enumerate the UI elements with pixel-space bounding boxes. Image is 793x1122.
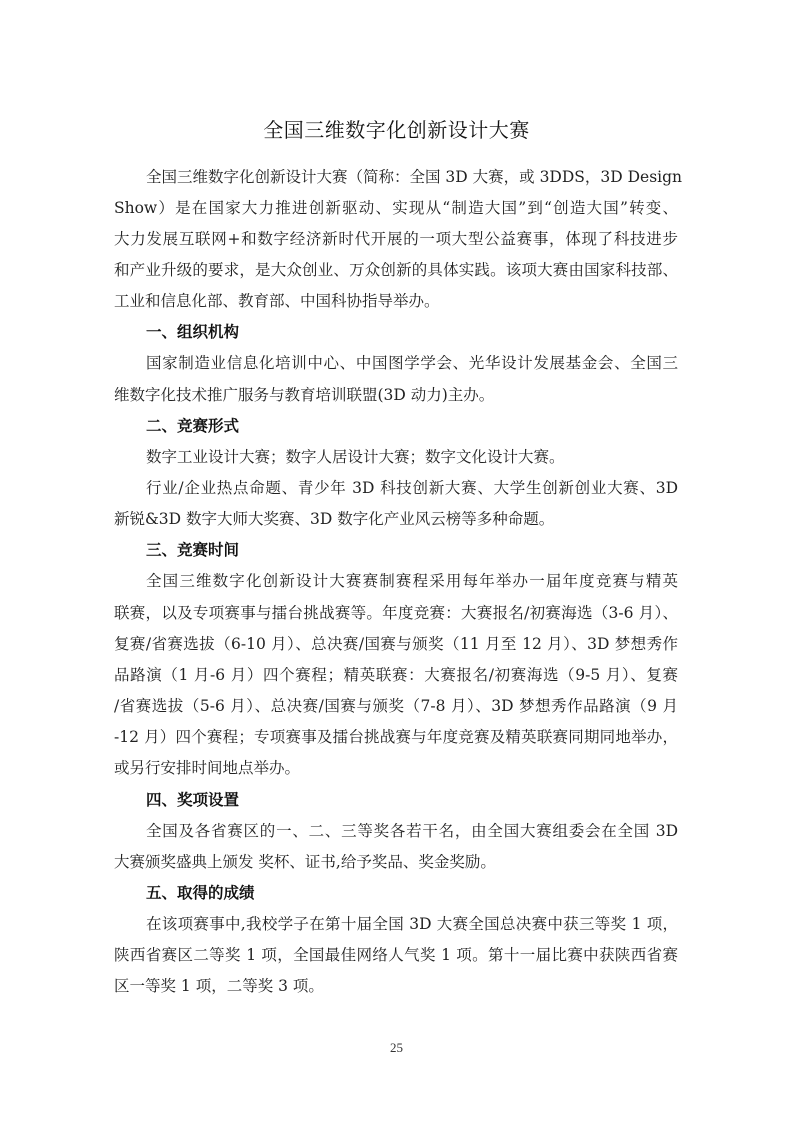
paragraph-line: 工业和信息化部、教育部、中国科协指导举办。 <box>114 286 678 317</box>
section-heading: 三、竞赛时间 <box>146 535 239 566</box>
paragraph-line: /省赛选拔（5-6 月）、总决赛/国赛与颁奖（7-8 月）、3D 梦想秀作品路演… <box>114 691 678 722</box>
paragraph-line: 全国及各省赛区的一、二、三等奖各若干名，由全国大赛组委会在全国 3D <box>146 816 678 847</box>
paragraph-line: 联赛，以及专项赛事与擂台挑战赛等。年度竞赛：大赛报名/初赛海选（3-6 月）、 <box>114 598 678 629</box>
paragraph-line: 陕西省赛区二等奖 1 项，全国最佳网络人气奖 1 项。第十一届比赛中获陕西省赛 <box>114 940 678 971</box>
paragraph-line: 和产业升级的要求，是大众创业、万众创新的具体实践。该项大赛由国家科技部、 <box>114 255 678 286</box>
document-page: 全国三维数字化创新设计大赛 全国三维数字化创新设计大赛（简称：全国 3D 大赛，… <box>0 0 793 1122</box>
paragraph-line: 或另行安排时间地点举办。 <box>114 753 678 784</box>
paragraph-line: 在该项赛事中,我校学子在第十届全国 3D 大赛全国总决赛中获三等奖 1 项， <box>146 909 678 940</box>
paragraph-line: 区一等奖 1 项，二等奖 3 项。 <box>114 971 678 1002</box>
section-heading: 四、奖项设置 <box>146 785 239 816</box>
section-heading: 二、竞赛形式 <box>146 411 239 442</box>
paragraph-line: 品路演（1 月-6 月）四个赛程；精英联赛：大赛报名/初赛海选（9-5 月）、复… <box>114 660 678 691</box>
paragraph-line: 国家制造业信息化培训中心、中国图学学会、光华设计发展基金会、全国三 <box>146 348 678 379</box>
section-heading: 一、组织机构 <box>146 317 239 348</box>
paragraph-line: Show）是在国家大力推进创新驱动、实现从“制造大国”到“创造大国”转变、 <box>114 193 678 224</box>
paragraph-line: 大力发展互联网+和数字经济新时代开展的一项大型公益赛事，体现了科技进步 <box>114 224 678 255</box>
paragraph-line: -12 月）四个赛程；专项赛事及擂台挑战赛与年度竞赛及精英联赛同期同地举办， <box>114 722 678 753</box>
section-heading: 五、取得的成绩 <box>146 878 255 909</box>
paragraph-line: 新锐&3D 数字大师大奖赛、3D 数字化产业风云榜等多种命题。 <box>114 504 678 535</box>
page-title: 全国三维数字化创新设计大赛 <box>0 116 793 144</box>
paragraph-line: 全国三维数字化创新设计大赛赛制赛程采用每年举办一届年度竞赛与精英 <box>146 566 678 597</box>
paragraph-line: 维数字化技术推广服务与教育培训联盟(3D 动力)主办。 <box>114 380 678 411</box>
paragraph-line: 全国三维数字化创新设计大赛（简称：全国 3D 大赛，或 3DDS，3D Desi… <box>146 162 678 193</box>
paragraph-line: 大赛颁奖盛典上颁发 奖杯、证书,给予奖品、奖金奖励。 <box>114 847 678 878</box>
paragraph-line: 数字工业设计大赛；数字人居设计大赛；数字文化设计大赛。 <box>146 442 678 473</box>
paragraph-line: 行业/企业热点命题、青少年 3D 科技创新大赛、大学生创新创业大赛、3D <box>146 473 678 504</box>
page-number: 25 <box>0 1040 793 1056</box>
paragraph-line: 复赛/省赛选拔（6-10 月）、总决赛/国赛与颁奖（11 月至 12 月）、3D… <box>114 629 678 660</box>
